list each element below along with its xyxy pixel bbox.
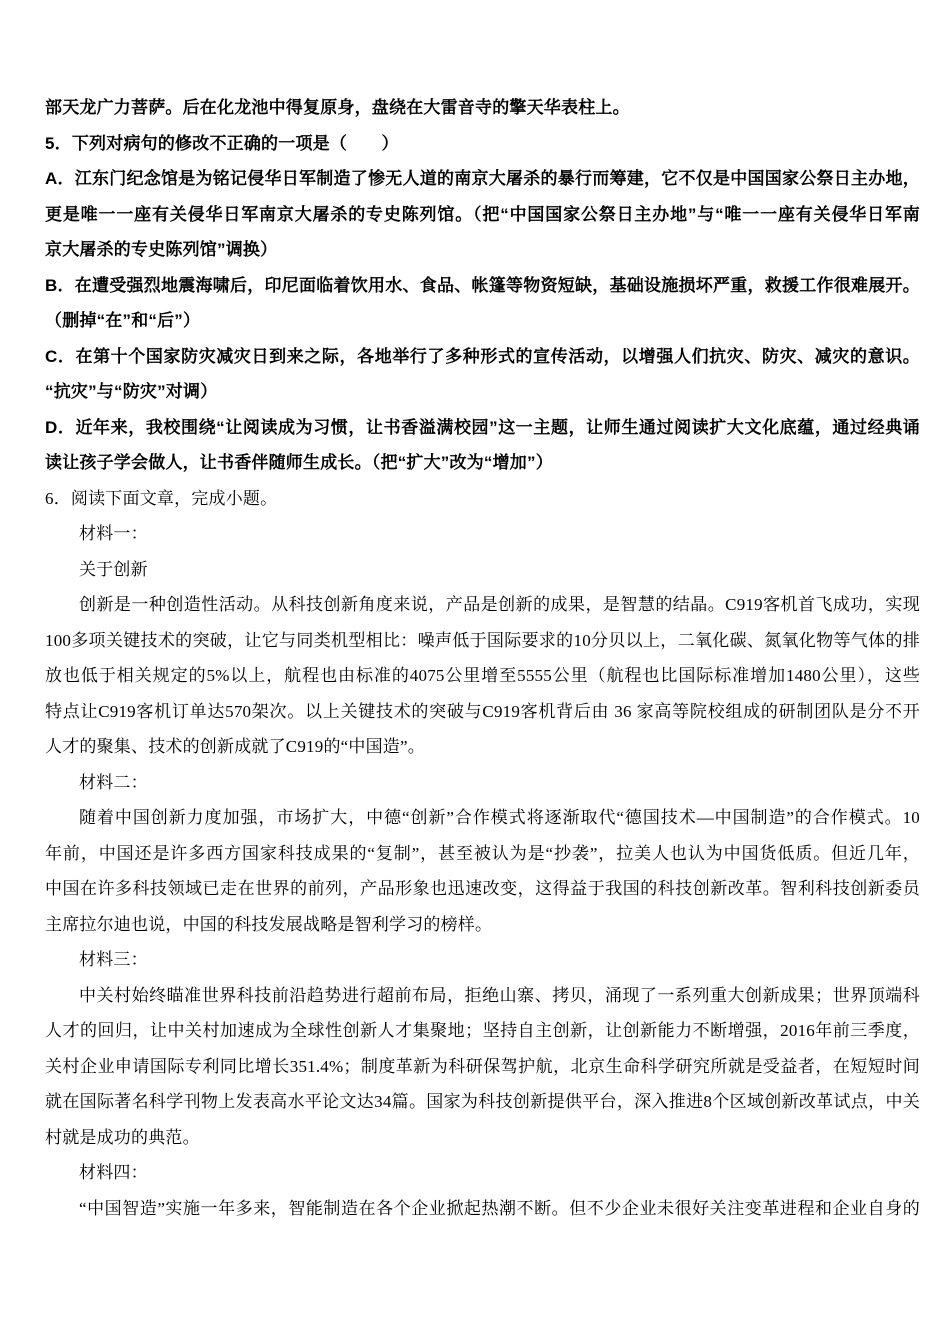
material-3-line2: 人才的回归，让中关村加速成为全球性创新人才集聚地；坚持自主创新，让创新能力不断增… bbox=[45, 1013, 920, 1049]
page-content: 部天龙广力菩萨。后在化龙池中得复原身，盘绕在大雷音寺的擎天华表柱上。 5．下列对… bbox=[0, 0, 950, 1226]
material-1-line4: 特点让C919客机订单达570架次。以上关键技术的突破与C919客机背后由 36… bbox=[45, 694, 920, 730]
q5-option-a-line3: 京大屠杀的专史陈列馆”调换） bbox=[45, 232, 920, 268]
q5-option-c-line2: “抗灾”与“防灾”对调） bbox=[45, 374, 920, 410]
material-2-line2: 年前，中国还是许多西方国家科技成果的“复制”，甚至被认为是“抄袭”，拉美人也认为… bbox=[45, 836, 920, 872]
material-2-line4: 主席拉尔迪也说，中国的科技发展战略是智利学习的榜样。 bbox=[45, 907, 920, 943]
material-2-label: 材料二： bbox=[45, 765, 920, 801]
material-1-line2: 100多项关键技术的突破，让它与同类机型相比：噪声低于国际要求的10分贝以上，二… bbox=[45, 623, 920, 659]
material-4-label: 材料四： bbox=[45, 1155, 920, 1191]
q6-stem: 6．阅读下面文章，完成小题。 bbox=[45, 481, 920, 517]
q5-option-b-line2: （删掉“在”和“后”） bbox=[45, 303, 920, 339]
material-3-label: 材料三： bbox=[45, 942, 920, 978]
material-2-line1: 随着中国创新力度加强，市场扩大，中德“创新”合作模式将逐渐取代“德国技术—中国制… bbox=[45, 800, 920, 836]
q5-stem: 5．下列对病句的修改不正确的一项是（ ） bbox=[45, 126, 920, 162]
material-2-line3: 中国在许多科技领域已走在世界的前列，产品形象也迅速改变，这得益于我国的科技创新改… bbox=[45, 871, 920, 907]
material-3-line5: 村就是成功的典范。 bbox=[45, 1120, 920, 1156]
material-3-line1: 中关村始终瞄准世界科技前沿趋势进行超前布局，拒绝山寨、拷贝，涌现了一系列重大创新… bbox=[45, 978, 920, 1014]
material-3-line4: 就在国际著名科学刊物上发表高水平论文达34篇。国家为科技创新提供平台，深入推进8… bbox=[45, 1084, 920, 1120]
q5-option-a-line2: 更是唯一一座有关侵华日军南京大屠杀的专史陈列馆。（把“中国国家公祭日主办地”与“… bbox=[45, 197, 920, 233]
material-4-line1: “中国智造”实施一年多来，智能制造在各个企业掀起热潮不断。但不少企业未很好关注变… bbox=[45, 1191, 920, 1227]
q5-option-c-line1: C．在第十个国家防灾减灾日到来之际，各地举行了多种形式的宣传活动，以增强人们抗灾… bbox=[45, 339, 920, 375]
q5-option-b-line1: B．在遭受强烈地震海啸后，印尼面临着饮用水、食品、帐篷等物资短缺，基础设施损坏严… bbox=[45, 268, 920, 304]
material-1-label: 材料一： bbox=[45, 516, 920, 552]
q5-option-d-line1: D．近年来，我校围绕“让阅读成为习惯，让书香溢满校园”这一主题，让师生通过阅读扩… bbox=[45, 410, 920, 446]
material-1-line3: 放也低于相关规定的5%以上，航程也由标准的4075公里增至5555公里（航程也比… bbox=[45, 658, 920, 694]
q5-option-d-line2: 读让孩子学会做人，让书香伴随师生成长。（把“扩大”改为“增加”） bbox=[45, 445, 920, 481]
material-1-line5: 人才的聚集、技术的创新成就了C919的“中国造”。 bbox=[45, 729, 920, 765]
material-1-line1: 创新是一种创造性活动。从科技创新角度来说，产品是创新的成果，是智慧的结晶。C91… bbox=[45, 587, 920, 623]
document-page: 部天龙广力菩萨。后在化龙池中得复原身，盘绕在大雷音寺的擎天华表柱上。 5．下列对… bbox=[0, 0, 950, 1344]
intro-paragraph-tail: 部天龙广力菩萨。后在化龙池中得复原身，盘绕在大雷音寺的擎天华表柱上。 bbox=[45, 90, 920, 126]
material-3-line3: 关村企业申请国际专利同比增长351.4%；制度革新为科研保驾护航，北京生命科学研… bbox=[45, 1049, 920, 1085]
q5-option-a-line1: A．江东门纪念馆是为铭记侵华日军制造了惨无人道的南京大屠杀的暴行而筹建，它不仅是… bbox=[45, 161, 920, 197]
material-1-title: 关于创新 bbox=[45, 552, 920, 588]
